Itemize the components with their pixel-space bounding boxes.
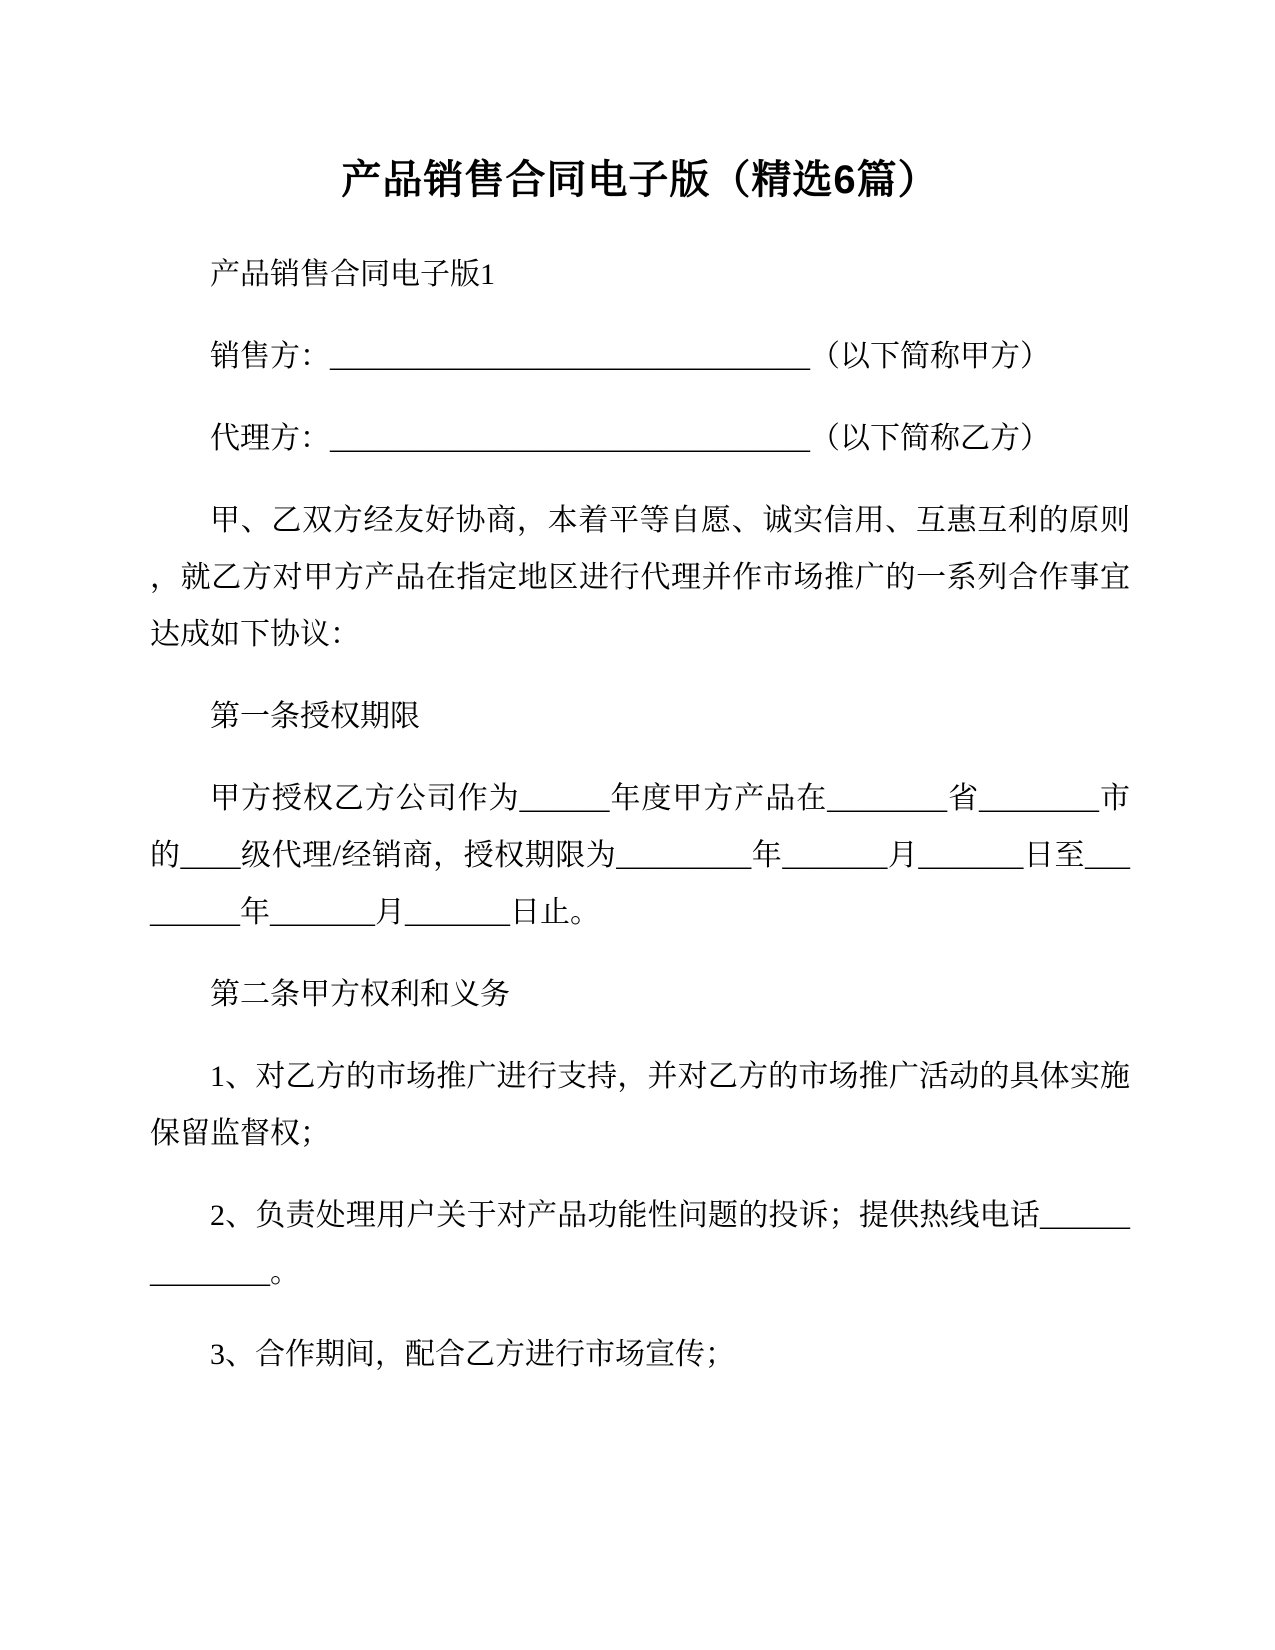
document-title: 产品销售合同电子版（精选6篇） <box>150 150 1130 210</box>
document-subtitle: 产品销售合同电子版1 <box>150 246 1130 303</box>
clause-1-authorization-paragraph: 甲方授权乙方公司作为______年度甲方产品在________省________… <box>150 770 1130 941</box>
agent-party-line: 代理方：________________________________（以下简… <box>150 410 1130 467</box>
obligation-item-1: 1、对乙方的市场推广进行支持，并对乙方的市场推广活动的具体实施保留监督权； <box>150 1048 1130 1162</box>
seller-party-line: 销售方：________________________________（以下简… <box>150 328 1130 385</box>
obligation-item-3: 3、合作期间，配合乙方进行市场宣传； <box>150 1326 1130 1383</box>
clause-2-heading: 第二条甲方权利和义务 <box>150 966 1130 1023</box>
obligation-item-2: 2、负责处理用户关于对产品功能性问题的投诉；提供热线电话____________… <box>150 1187 1130 1301</box>
contract-document-page: 产品销售合同电子版（精选6篇） 产品销售合同电子版1 销售方：_________… <box>0 0 1275 1650</box>
clause-1-heading: 第一条授权期限 <box>150 688 1130 745</box>
preamble-paragraph: 甲、乙双方经友好协商，本着平等自愿、诚实信用、互惠互利的原则，就乙方对甲方产品在… <box>150 492 1130 663</box>
